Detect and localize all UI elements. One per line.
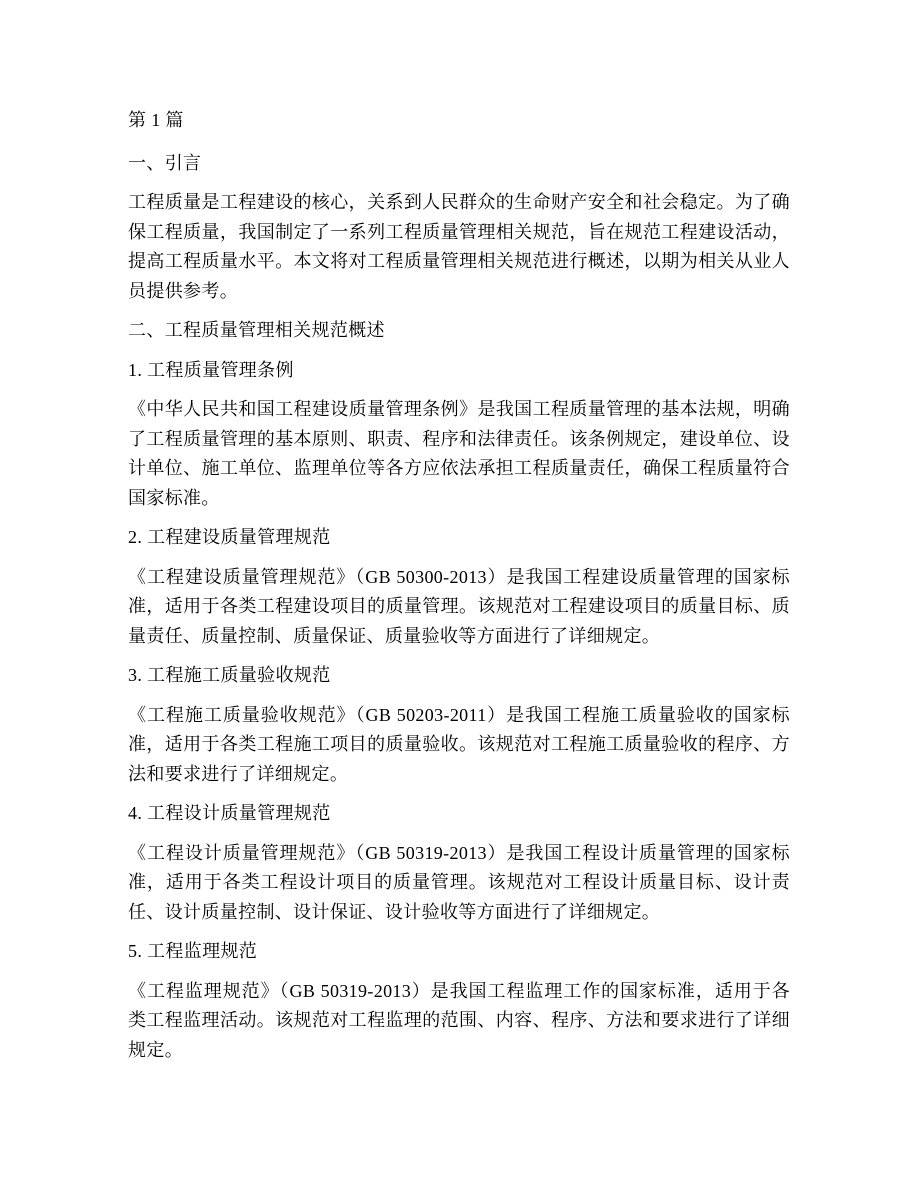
intro-paragraph: 工程质量是工程建设的核心，关系到人民群众的生命财产安全和社会稳定。为了确保工程质…	[128, 188, 790, 306]
chapter-label: 第 1 篇	[128, 106, 790, 136]
subsection-heading-2: 2. 工程建设质量管理规范	[128, 523, 790, 553]
paragraph-regulation-4: 《工程设计质量管理规范》（GB 50319-2013）是我国工程设计质量管理的国…	[128, 839, 790, 928]
subsection-heading-3: 3. 工程施工质量验收规范	[128, 661, 790, 691]
subsection-heading-4: 4. 工程设计质量管理规范	[128, 799, 790, 829]
paragraph-regulation-2: 《工程建设质量管理规范》（GB 50300-2013）是我国工程建设质量管理的国…	[128, 563, 790, 652]
section-heading-2: 二、工程质量管理相关规范概述	[128, 316, 790, 346]
section-heading-1: 一、引言	[128, 149, 790, 179]
subsection-heading-5: 5. 工程监理规范	[128, 937, 790, 967]
subsection-heading-1: 1. 工程质量管理条例	[128, 356, 790, 386]
document-page: 第 1 篇 一、引言 工程质量是工程建设的核心，关系到人民群众的生命财产安全和社…	[0, 0, 920, 1191]
paragraph-regulation-3: 《工程施工质量验收规范》（GB 50203-2011）是我国工程施工质量验收的国…	[128, 701, 790, 790]
paragraph-regulation-1: 《中华人民共和国工程建设质量管理条例》是我国工程质量管理的基本法规，明确了工程质…	[128, 395, 790, 513]
paragraph-regulation-5: 《工程监理规范》（GB 50319-2013）是我国工程监理工作的国家标准，适用…	[128, 977, 790, 1066]
